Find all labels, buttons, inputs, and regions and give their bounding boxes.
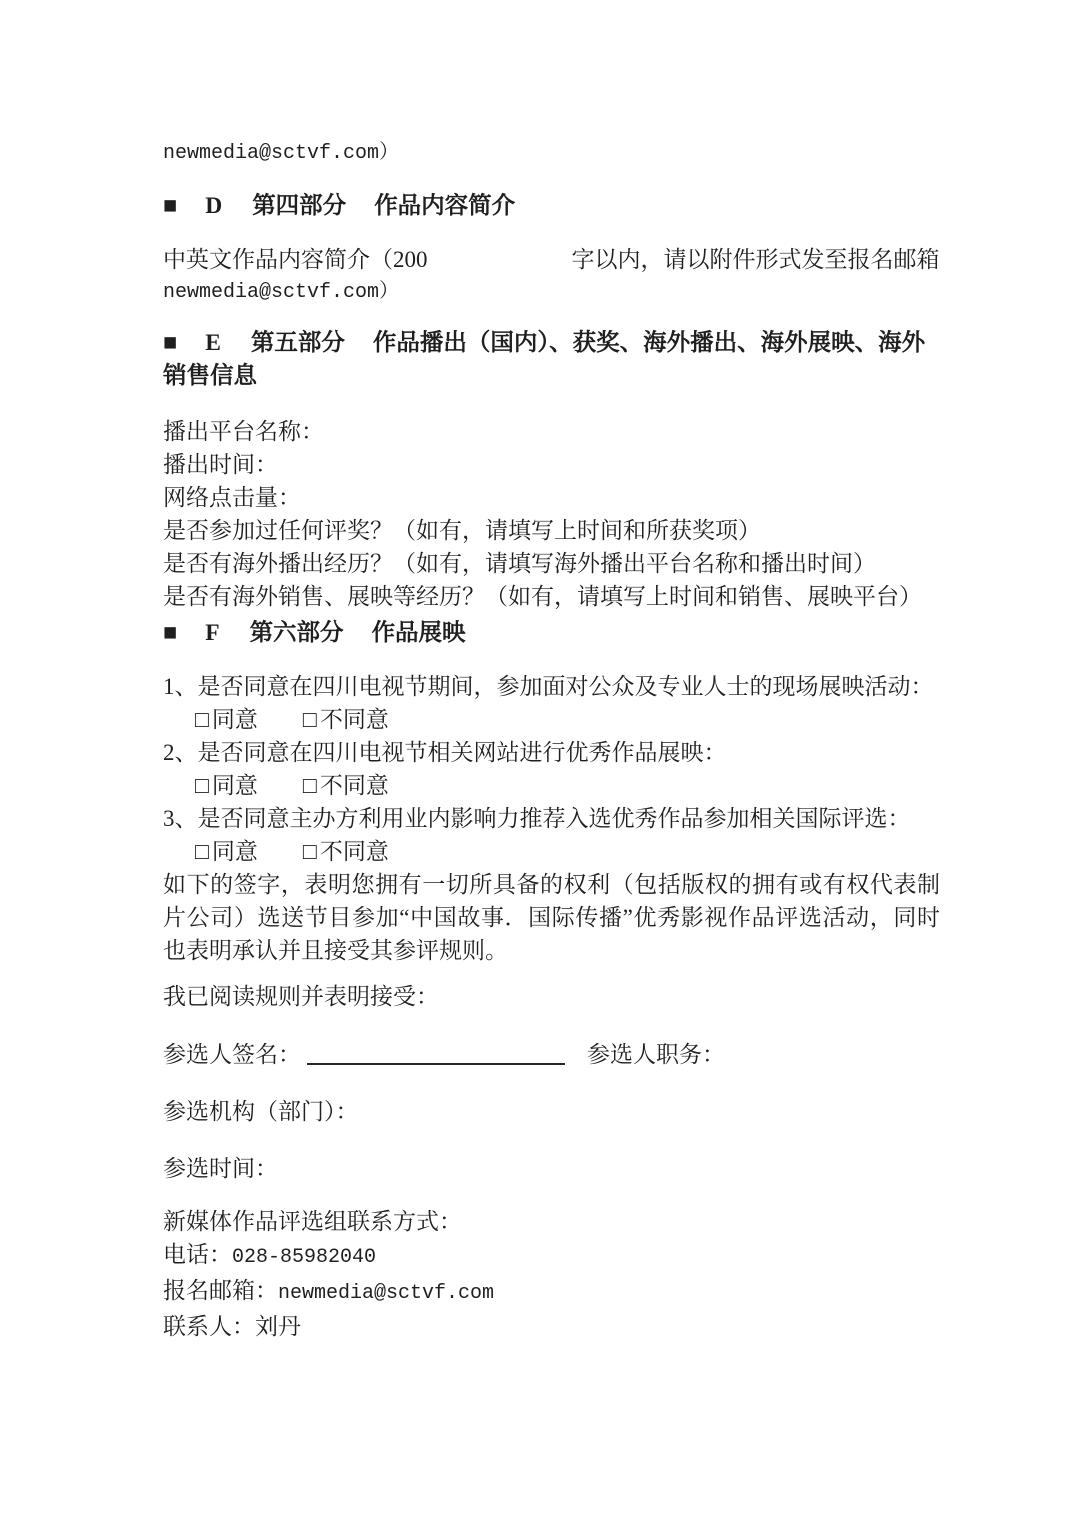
section-d-part: 第四部分 bbox=[252, 193, 346, 219]
exhibition-question-1: 1、是否同意在四川电视节期间，参加面对公众及专业人士的现场展映活动： bbox=[163, 670, 940, 703]
option-disagree: □不同意 bbox=[303, 707, 389, 732]
option-disagree-label: 不同意 bbox=[320, 773, 389, 798]
option-disagree-label: 不同意 bbox=[320, 839, 389, 864]
checkbox-icon: □ bbox=[195, 707, 209, 732]
email-value: newmedia@sctvf.com bbox=[278, 1282, 494, 1305]
rules-accept-line: 我已阅读规则并表明接受： bbox=[163, 980, 940, 1013]
option-agree: □同意 bbox=[195, 839, 258, 864]
email-label: 报名邮箱： bbox=[163, 1278, 278, 1303]
contact-phone-line: 电话：028-85982040 bbox=[163, 1238, 940, 1274]
field-broadcast-platform: 播出平台名称： bbox=[163, 415, 940, 448]
option-agree-label: 同意 bbox=[212, 707, 258, 732]
option-agree: □同意 bbox=[195, 773, 258, 798]
section-d-code: D bbox=[205, 193, 222, 219]
option-agree-label: 同意 bbox=[212, 839, 258, 864]
section-f-code: F bbox=[205, 620, 219, 646]
section-marker-icon: ■ bbox=[163, 330, 177, 356]
contact-email-line: 报名邮箱：newmedia@sctvf.com bbox=[163, 1274, 940, 1310]
exhibition-question-2-options: □同意□不同意 bbox=[195, 769, 940, 802]
signature-underline bbox=[307, 1039, 565, 1065]
contact-person-label: 联系人： bbox=[163, 1314, 255, 1339]
section-e-heading: ■E第五部分作品播出（国内）、获奖、海外播出、海外展映、海外销售信息 bbox=[163, 327, 940, 393]
intro-email-line: newmedia@sctvf.com） bbox=[163, 137, 940, 170]
checkbox-icon: □ bbox=[303, 773, 317, 798]
organization-label: 参选机构（部门）： bbox=[163, 1095, 940, 1128]
signature-title-label: 参选人职务： bbox=[587, 1042, 725, 1067]
section-d-body-prefix: 中英文作品内容简介（200 bbox=[163, 247, 428, 272]
section-e-code: E bbox=[205, 330, 221, 356]
section-f-question-list: 1、是否同意在四川电视节期间，参加面对公众及专业人士的现场展映活动： □同意□不… bbox=[163, 670, 940, 868]
exhibition-question-2: 2、是否同意在四川电视节相关网站进行优秀作品展映： bbox=[163, 736, 940, 769]
field-overseas-broadcast-question: 是否有海外播出经历？（如有，请填写海外播出平台名称和播出时间） bbox=[163, 547, 940, 580]
contact-person-value: 刘丹 bbox=[255, 1314, 301, 1339]
section-f-title: 作品展映 bbox=[372, 620, 466, 646]
exhibition-question-1-options: □同意□不同意 bbox=[195, 703, 940, 736]
contact-person-line: 联系人：刘丹 bbox=[163, 1310, 940, 1343]
option-disagree: □不同意 bbox=[303, 839, 389, 864]
section-marker-icon: ■ bbox=[163, 620, 177, 646]
checkbox-icon: □ bbox=[195, 839, 209, 864]
field-broadcast-time: 播出时间： bbox=[163, 448, 940, 481]
section-d-body-line2: newmedia@sctvf.com） bbox=[163, 276, 940, 309]
section-d-body-suffix: 字以内，请以附件形式发至报名邮箱 bbox=[572, 247, 940, 272]
entry-date-label: 参选时间： bbox=[163, 1152, 940, 1185]
document-page: newmedia@sctvf.com） ■D第四部分作品内容简介 中英文作品内容… bbox=[0, 0, 1080, 1527]
section-marker-icon: ■ bbox=[163, 193, 177, 219]
phone-label: 电话： bbox=[163, 1242, 232, 1267]
section-d-title: 作品内容简介 bbox=[374, 193, 515, 219]
checkbox-icon: □ bbox=[303, 839, 317, 864]
checkbox-icon: □ bbox=[303, 707, 317, 732]
field-awards-question: 是否参加过任何评奖？（如有，请填写上时间和所获奖项） bbox=[163, 514, 940, 547]
section-e-field-list: 播出平台名称： 播出时间： 网络点击量： 是否参加过任何评奖？（如有，请填写上时… bbox=[163, 415, 940, 613]
section-f-part: 第六部分 bbox=[250, 620, 344, 646]
section-d-body-line1: 中英文作品内容简介（200字以内，请以附件形式发至报名邮箱 bbox=[163, 243, 940, 276]
rights-declaration-paragraph: 如下的签字，表明您拥有一切所具备的权利（包括版权的拥有或有权代表制片公司）选送节… bbox=[163, 868, 940, 967]
exhibition-question-3: 3、是否同意主办方利用业内影响力推荐入选优秀作品参加相关国际评选： bbox=[163, 802, 940, 835]
signature-row: 参选人签名：参选人职务： bbox=[163, 1038, 940, 1071]
section-e-part: 第五部分 bbox=[251, 330, 345, 356]
field-online-clicks: 网络点击量： bbox=[163, 481, 940, 514]
phone-value: 028-85982040 bbox=[232, 1246, 376, 1269]
option-agree: □同意 bbox=[195, 707, 258, 732]
contact-heading: 新媒体作品评选组联系方式： bbox=[163, 1205, 940, 1238]
option-disagree-label: 不同意 bbox=[320, 707, 389, 732]
section-f-heading: ■F第六部分作品展映 bbox=[163, 617, 940, 650]
exhibition-question-3-options: □同意□不同意 bbox=[195, 835, 940, 868]
field-overseas-sales-question: 是否有海外销售、展映等经历？（如有，请填写上时间和销售、展映平台） bbox=[163, 580, 940, 613]
section-d-heading: ■D第四部分作品内容简介 bbox=[163, 190, 940, 223]
checkbox-icon: □ bbox=[195, 773, 209, 798]
option-agree-label: 同意 bbox=[212, 773, 258, 798]
signature-name-label: 参选人签名： bbox=[163, 1042, 301, 1067]
contact-block: 新媒体作品评选组联系方式： 电话：028-85982040 报名邮箱：newme… bbox=[163, 1205, 940, 1343]
option-disagree: □不同意 bbox=[303, 773, 389, 798]
